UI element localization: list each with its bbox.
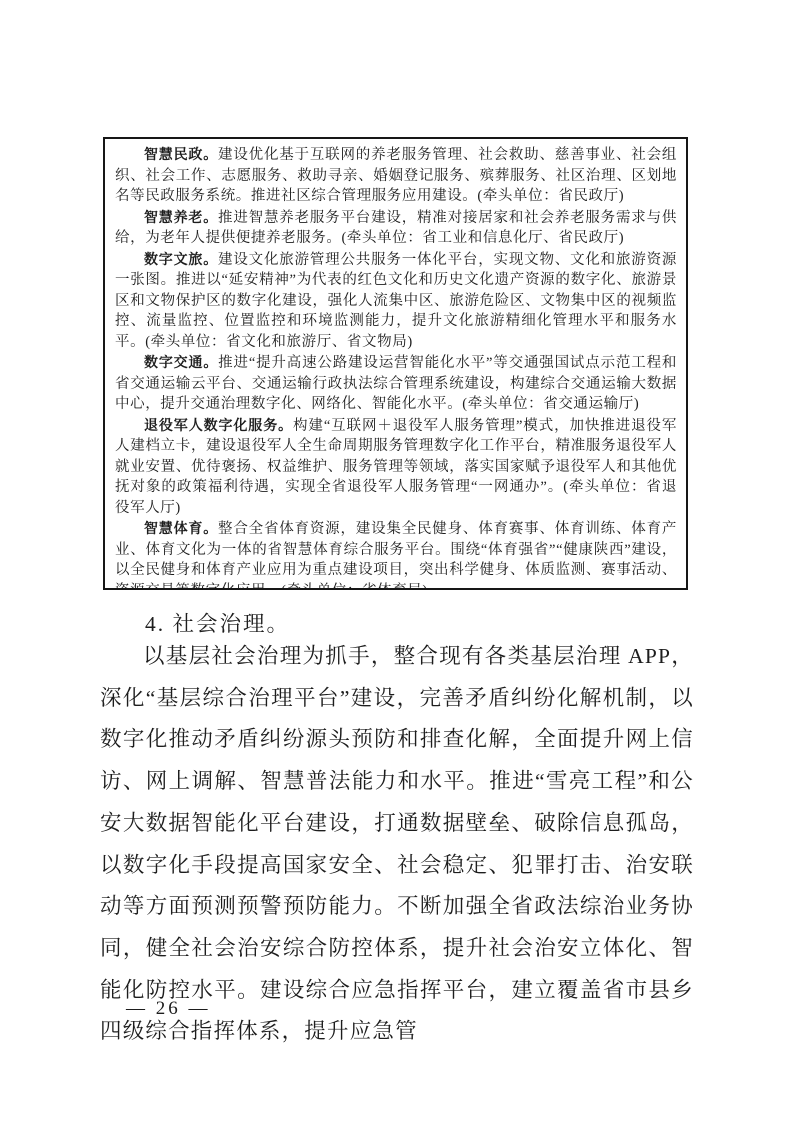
initiatives-box: 智慧民政。建设优化基于互联网的养老服务管理、社会救助、慈善事业、社会组织、社会工…: [103, 137, 688, 590]
paragraph-lead: 数字交通。: [144, 354, 218, 370]
box-paragraph-digital-culture-tourism: 数字文旅。建设文化旅游管理公共服务一体化平台，实现文物、文化和旅游资源一张图。推…: [115, 249, 677, 353]
box-paragraph-veterans-digital-service: 退役军人数字化服务。构建“互联网＋退役军人服务管理”模式，加快推进退役军人建档立…: [115, 415, 677, 519]
section-paragraph: 以基层社会治理为抓手，整合现有各类基层治理 APP，深化“基层综合治理平台”建设…: [100, 636, 694, 1053]
box-paragraph-smart-sports: 智慧体育。整合全省体育资源，建设集全民健身、体育赛事、体育训练、体育产业、体育文…: [115, 518, 677, 590]
box-paragraph-smart-elderly-care: 智慧养老。推进智慧养老服务平台建设，精准对接居家和社会养老服务需求与供给，为老年…: [115, 207, 677, 249]
paragraph-lead: 退役军人数字化服务。: [144, 417, 293, 433]
paragraph-lead: 数字文旅。: [144, 251, 218, 267]
document-page: 智慧民政。建设优化基于互联网的养老服务管理、社会救助、慈善事业、社会组织、社会工…: [0, 0, 793, 1122]
paragraph-lead: 智慧养老。: [144, 209, 218, 225]
box-paragraph-digital-transport: 数字交通。推进“提升高速公路建设运营智能化水平”等交通强国试点示范工程和省交通运…: [115, 352, 677, 415]
section-heading: 4. 社会治理。: [145, 607, 290, 638]
paragraph-lead: 智慧体育。: [144, 520, 218, 536]
paragraph-lead: 智慧民政。: [144, 146, 218, 162]
box-paragraph-smart-civil-affairs: 智慧民政。建设优化基于互联网的养老服务管理、社会救助、慈善事业、社会组织、社会工…: [115, 144, 677, 207]
page-number: — 26 —: [126, 998, 211, 1020]
